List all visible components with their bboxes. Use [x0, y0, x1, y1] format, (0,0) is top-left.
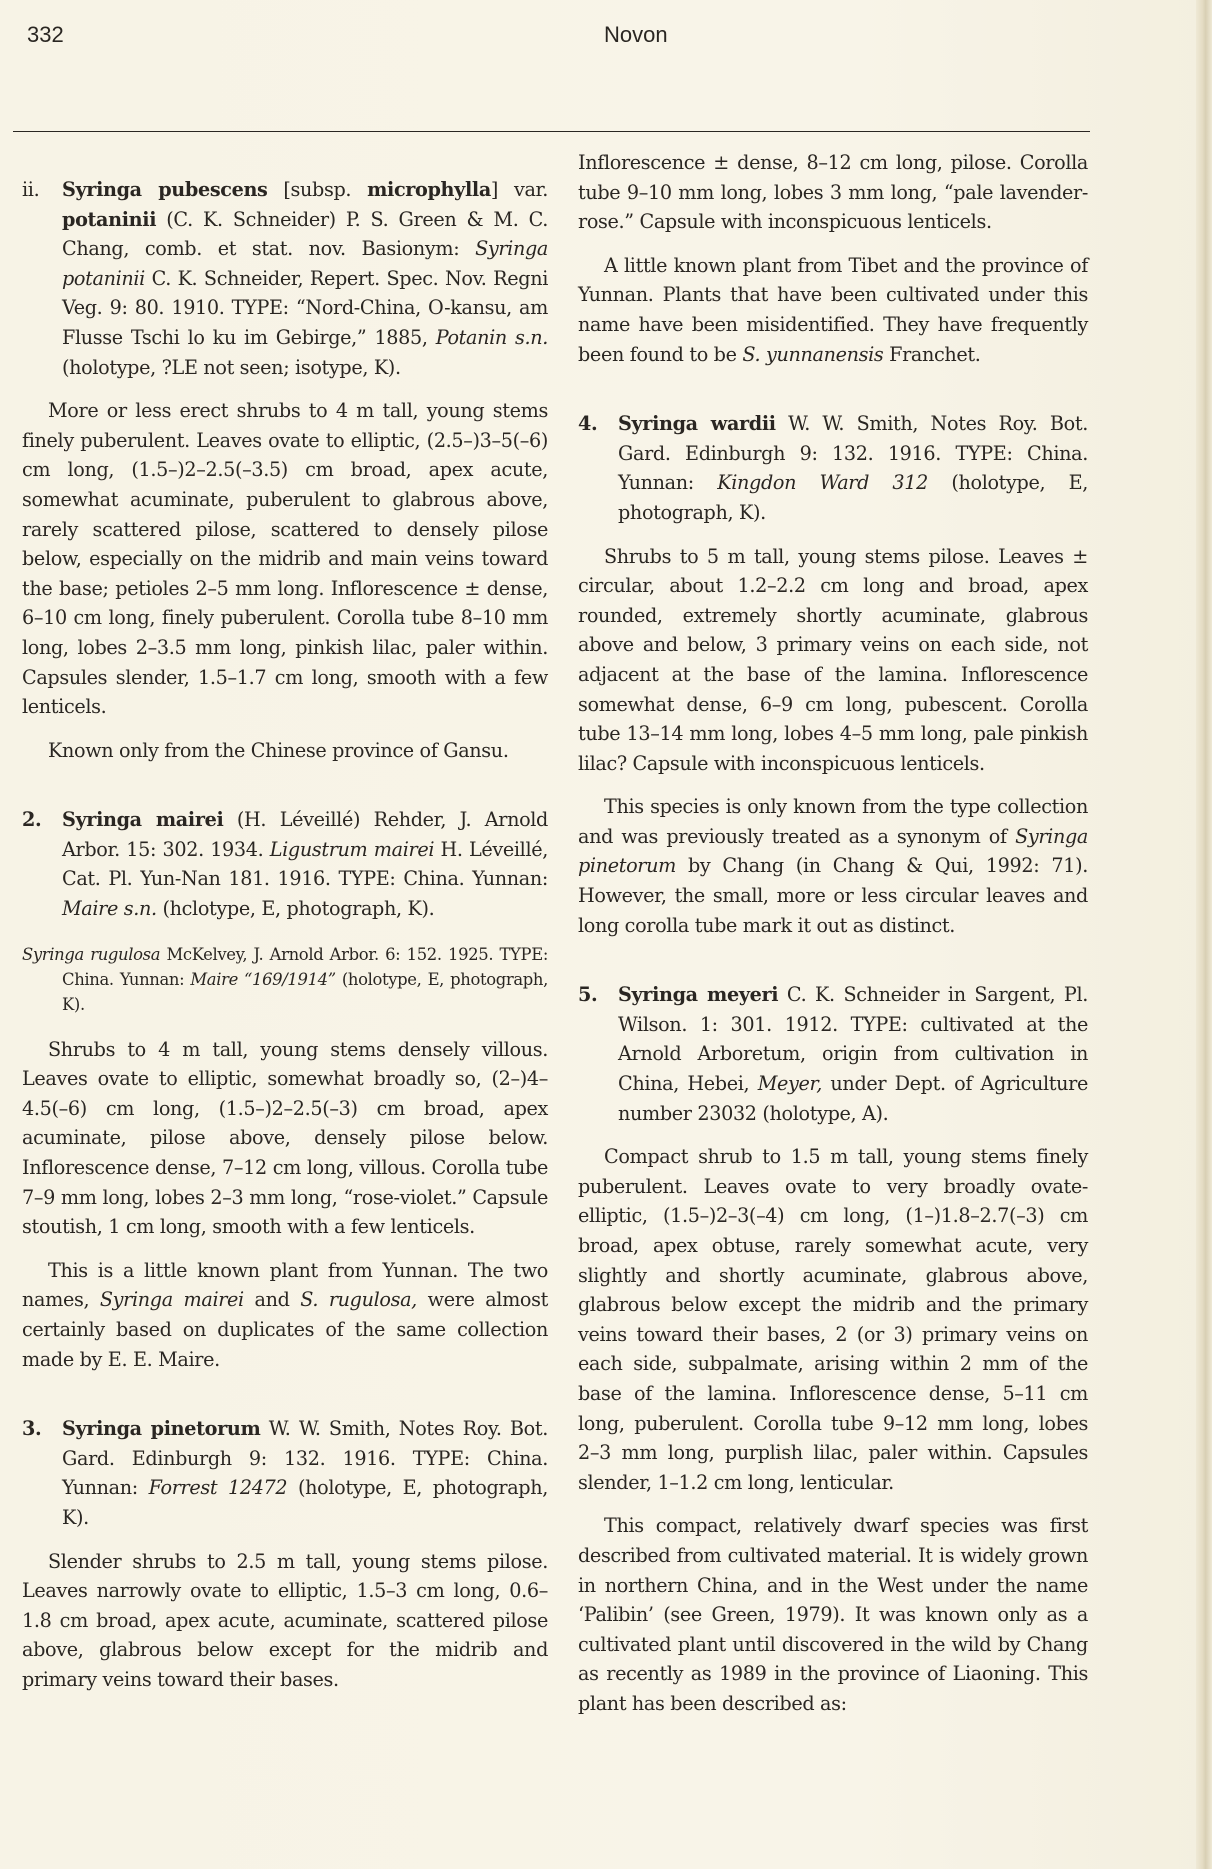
taxon-entry-2: 2.Syringa mairei (H. Léveillé) Rehder, J…: [22, 805, 548, 923]
citation-text: (hclotype, E, photograph, K).: [157, 897, 435, 920]
header-rule: [13, 131, 1090, 132]
description-paragraph: Shrubs to 4 m tall, young stems densely …: [22, 1035, 548, 1242]
discussion-paragraph: This compact, relatively dwarf species w…: [578, 1511, 1088, 1718]
right-column: Inflorescence ± dense, 8–12 cm long, pil…: [578, 148, 1088, 1719]
note-text: Franchet.: [883, 343, 980, 366]
entry-number: 2.: [22, 805, 62, 835]
taxon-name: S. yunnanensis: [742, 343, 883, 366]
distribution-note: Known only from the Chinese province of …: [22, 736, 548, 766]
collector: Maire “169/1914”: [190, 970, 335, 989]
taxon-name: S. rugulosa,: [300, 1288, 417, 1311]
entry-number: ii.: [22, 175, 62, 205]
taxon-name: Syringa wardii: [618, 412, 776, 435]
discussion-paragraph: A little known plant from Tibet and the …: [578, 251, 1088, 369]
left-column: ii.Syringa pubescens [subsp. microphylla…: [22, 175, 548, 1695]
synonym-entry: Syringa rugulosa McKelvey, J. Arnold Arb…: [22, 942, 548, 1017]
collector: Maire s.n.: [62, 897, 157, 920]
entry-number: 4.: [578, 409, 618, 439]
entry-number: 3.: [22, 1414, 62, 1444]
description-paragraph: More or less erect shrubs to 4 m tall, y…: [22, 396, 548, 722]
collector: Forrest 12472: [149, 1476, 288, 1499]
taxon-entry-3: 3.Syringa pinetorum W. W. Smith, Notes R…: [22, 1414, 548, 1532]
citation-text: (holotype, ?LE not seen; isotype, K).: [62, 356, 401, 379]
running-head: 332 Novon: [27, 22, 1087, 52]
description-paragraph: Slender shrubs to 2.5 m tall, young stem…: [22, 1547, 548, 1695]
description-paragraph: Compact shrub to 1.5 m tall, young stems…: [578, 1142, 1088, 1497]
citation-text: [subsp.: [268, 178, 368, 201]
journal-title: Novon: [604, 22, 668, 48]
synonym-name: Ligustrum mairei: [270, 838, 434, 861]
taxon-name: Syringa meyeri: [618, 983, 778, 1006]
taxon-entry-4: 4.Syringa wardii W. W. Smith, Notes Roy.…: [578, 409, 1088, 527]
page-number: 332: [27, 22, 64, 48]
taxon-name: Syringa pinetorum: [62, 1417, 260, 1440]
collector: Potanin s.n.: [436, 326, 548, 349]
description-continued: Inflorescence ± dense, 8–12 cm long, pil…: [578, 148, 1088, 237]
journal-page: 332 Novon ii.Syringa pubescens [subsp. m…: [0, 0, 1212, 1869]
description-paragraph: Shrubs to 5 m tall, young stems pilose. …: [578, 542, 1088, 779]
taxon-entry-5: 5.Syringa meyeri C. K. Schneider in Sarg…: [578, 980, 1088, 1128]
taxon-entry-ii: ii.Syringa pubescens [subsp. microphylla…: [22, 175, 548, 382]
page-edge: [1196, 0, 1212, 1869]
taxon-name: microphylla: [367, 178, 491, 201]
collector: Kingdon Ward 312: [717, 471, 928, 494]
taxon-name: Syringa mairei: [62, 808, 223, 831]
synonym-name: Syringa rugulosa: [22, 945, 160, 964]
entry-number: 5.: [578, 980, 618, 1010]
collector: Meyer,: [758, 1072, 822, 1095]
discussion-paragraph: This species is only known from the type…: [578, 792, 1088, 940]
taxon-name: Syringa pubescens: [62, 178, 268, 201]
note-text: and: [244, 1288, 300, 1311]
citation-text: ] var.: [491, 178, 548, 201]
note-text: This species is only known from the type…: [578, 795, 1088, 848]
taxon-name: potaninii: [62, 208, 156, 231]
discussion-paragraph: This is a little known plant from Yunnan…: [22, 1256, 548, 1374]
taxon-name: Syringa mairei: [100, 1288, 244, 1311]
